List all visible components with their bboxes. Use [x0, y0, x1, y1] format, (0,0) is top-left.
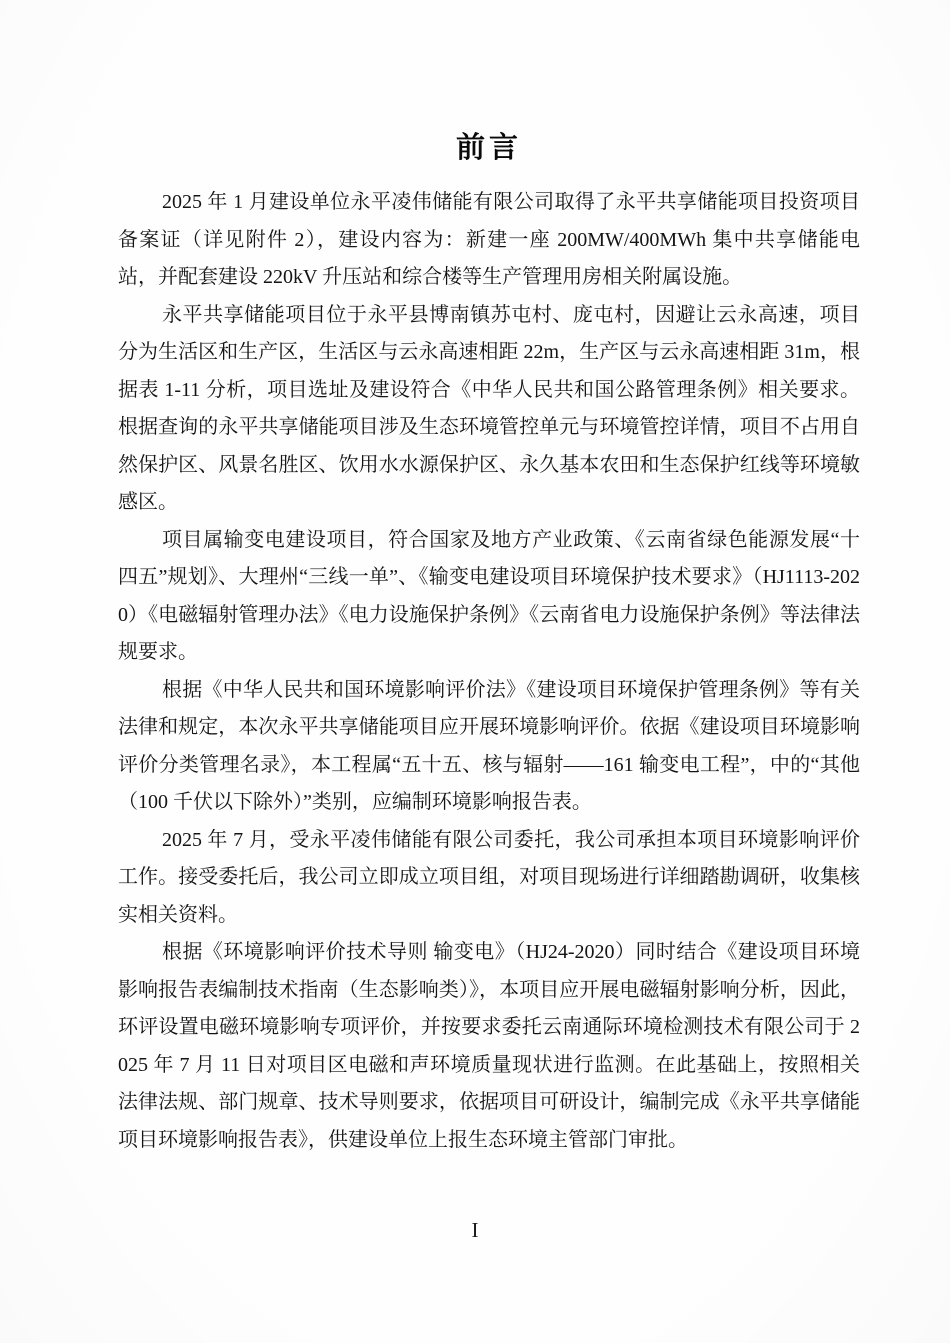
document-page: 前言 2025 年 1 月建设单位永平凌伟储能有限公司取得了永平共享储能项目投资… — [0, 0, 950, 1343]
paragraph-project-approval: 2025 年 1 月建设单位永平凌伟储能有限公司取得了永平共享储能项目投资项目备… — [118, 184, 860, 297]
paragraph-policy-compliance: 项目属输变电建设项目，符合国家及地方产业政策、《云南省绿色能源发展“十四五”规划… — [118, 522, 860, 672]
paragraph-project-location: 永平共享储能项目位于永平县博南镇苏屯村、庞屯村，因避让云永高速，项目分为生活区和… — [118, 297, 860, 522]
page-number: I — [0, 1218, 950, 1242]
paragraph-commission: 2025 年 7 月，受永平凌伟储能有限公司委托，我公司承担本项目环境影响评价工… — [118, 822, 860, 935]
section-title: 前言 — [118, 128, 860, 168]
paragraph-eia-category: 根据《中华人民共和国环境影响评价法》《建设项目环境保护管理条例》等有关法律和规定… — [118, 672, 860, 822]
paragraph-report-compilation: 根据《环境影响评价技术导则 输变电》（HJ24-2020）同时结合《建设项目环境… — [118, 934, 860, 1159]
preface-section: 前言 2025 年 1 月建设单位永平凌伟储能有限公司取得了永平共享储能项目投资… — [118, 128, 860, 1159]
